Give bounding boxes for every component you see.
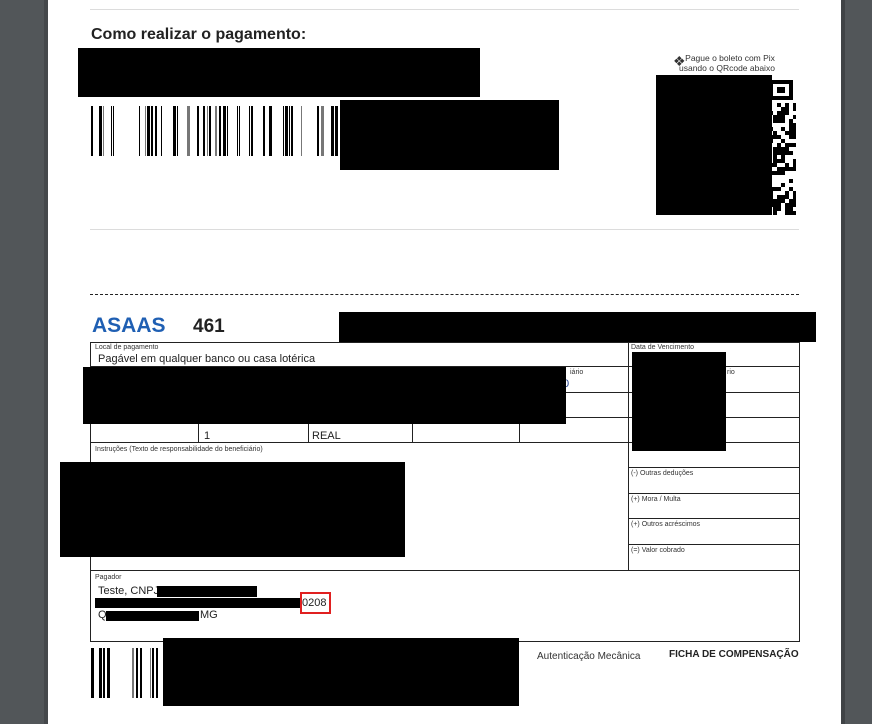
- divider-top: [90, 9, 799, 10]
- col-divider: [628, 342, 629, 570]
- mora-multa-label: (+) Mora / Multa: [631, 496, 681, 503]
- valor-cobrado-label: (=) Valor cobrado: [631, 547, 685, 554]
- barcode-bottom: [91, 648, 166, 698]
- data-vencimento-label: Data de Vencimento: [631, 344, 694, 351]
- row-line: [628, 467, 800, 468]
- redacted-barcode: [163, 638, 519, 706]
- redacted-due-date: [632, 352, 726, 451]
- agencia-label: rio: [727, 369, 735, 376]
- ficha-compensacao: FICHA DE COMPENSAÇÃO: [669, 649, 799, 660]
- divider-middle: [90, 229, 799, 230]
- pagador-city-suffix: MG: [200, 609, 218, 621]
- pdf-page: Como realizar o pagamento: ❖ Pague o bol…: [48, 0, 841, 724]
- redacted-block: [340, 100, 559, 170]
- viewer-right-edge: [841, 0, 845, 724]
- especie-value: REAL: [312, 430, 341, 442]
- barcode-top: [91, 106, 349, 156]
- instrucoes-label: Instruções (Texto de responsabilidade do…: [95, 446, 263, 453]
- redacted-cnpj: [157, 586, 257, 597]
- redacted-city: [106, 611, 199, 621]
- pix-note: Pague o boleto com Pix usando o QRcode a…: [679, 53, 775, 73]
- redacted-instructions: [60, 462, 405, 557]
- beneficiario-label: iário: [570, 369, 583, 376]
- autenticacao-mecanica: Autenticação Mecânica: [537, 651, 640, 662]
- outras-deducoes-label: (-) Outras deduções: [631, 470, 693, 477]
- pix-note-line2: usando o QRcode abaixo: [679, 63, 775, 73]
- redacted-beneficiario: [83, 367, 566, 424]
- redacted-digitable-line: [78, 48, 480, 97]
- local-pagamento-value: Pagável em qualquer banco ou casa lotéri…: [98, 353, 315, 365]
- redacted-qr: [656, 75, 772, 215]
- row-line: [628, 518, 800, 519]
- asaas-logo: ASAAS: [92, 314, 166, 338]
- bank-code: 461: [193, 316, 225, 338]
- row-line: [90, 570, 800, 571]
- section-title: Como realizar o pagamento:: [91, 26, 306, 44]
- highlight-box: [300, 592, 331, 614]
- row-line: [628, 544, 800, 545]
- cut-line: [90, 294, 799, 295]
- pix-note-line1: Pague o boleto com Pix: [679, 53, 775, 63]
- carteira-value: 1: [204, 430, 210, 442]
- local-pagamento-label: Local de pagamento: [95, 344, 158, 351]
- pagador-name: Teste, CNPJ:: [98, 585, 162, 597]
- outros-acrescimos-label: (+) Outros acréscimos: [631, 521, 700, 528]
- pagador-label: Pagador: [95, 574, 121, 581]
- row-line: [628, 493, 800, 494]
- redacted-digitable-line-2: [339, 312, 816, 342]
- redacted-address: [95, 598, 300, 608]
